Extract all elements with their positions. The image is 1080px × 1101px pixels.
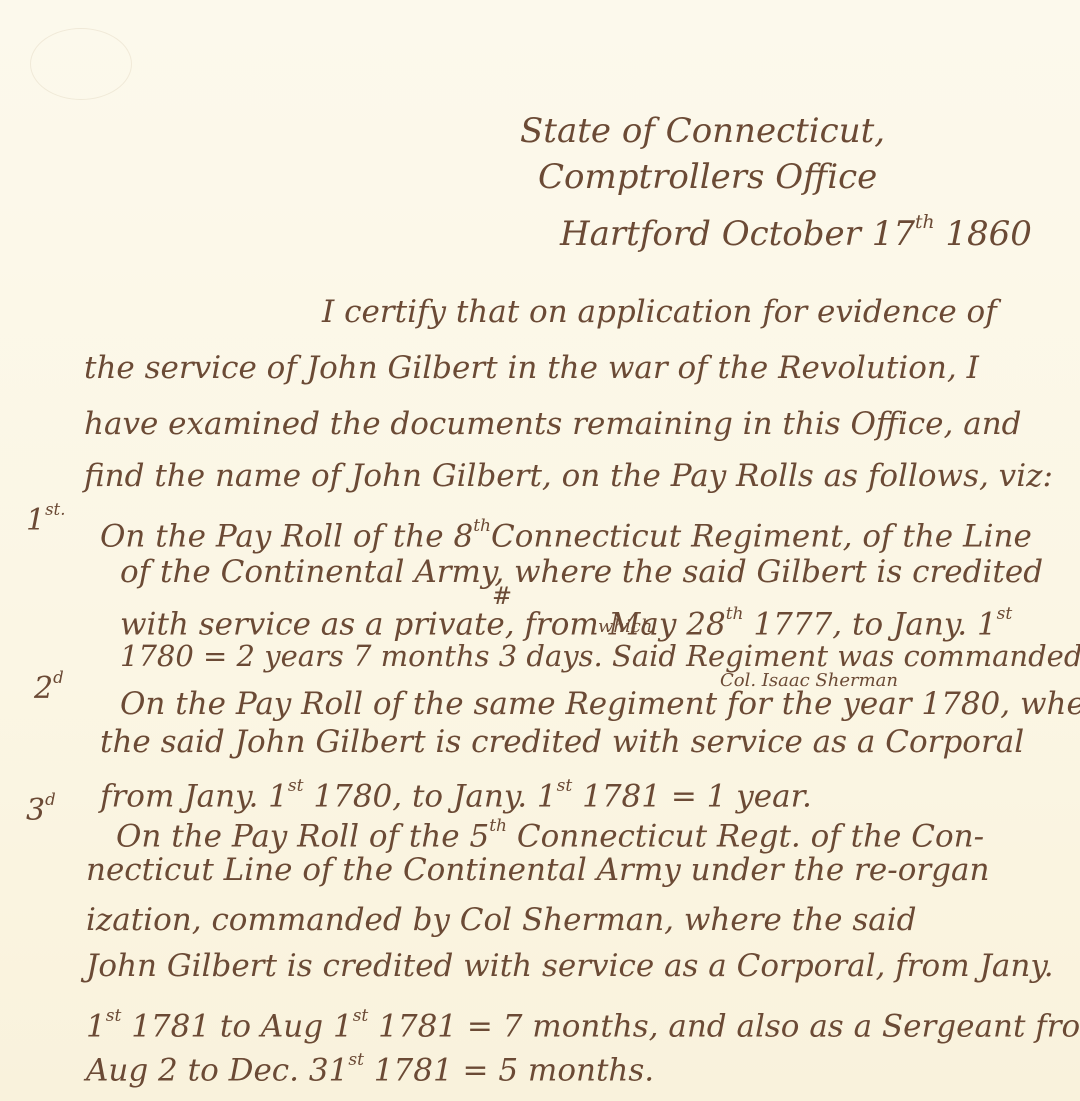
heading-state: State of Connecticut, (520, 108, 1032, 154)
margin-number-3: 3d (26, 790, 56, 828)
body-line-9: On the Pay Roll of the same Regiment for… (120, 684, 1080, 724)
body-line-5: On the Pay Roll of the 8thConnecticut Re… (100, 506, 1032, 556)
body-line-4: find the name of John Gilbert, on the Pa… (84, 456, 1053, 496)
embossed-seal (30, 28, 132, 100)
heading-place-date: Hartford October 17th 1860 (560, 200, 1032, 257)
interlinear-which: which (598, 616, 652, 637)
body-line-15: John Gilbert is credited with service as… (86, 946, 1054, 986)
body-line-12: On the Pay Roll of the 5th Connecticut R… (116, 806, 984, 856)
body-line-17: Aug 2 to Dec. 31st 1781 = 5 months. (86, 1040, 654, 1090)
seal-mark (43, 53, 51, 74)
body-line-14: ization, commanded by Col Sherman, where… (86, 900, 917, 940)
body-line-8: 1780 = 2 years 7 months 3 days. Said Reg… (120, 636, 1080, 676)
manuscript-page: State of Connecticut, Comptrollers Offic… (0, 0, 1080, 1101)
letter-heading: State of Connecticut, Comptrollers Offic… (520, 108, 1032, 257)
body-line-2: the service of John Gilbert in the war o… (84, 348, 979, 388)
body-line-16: 1st 1781 to Aug 1st 1781 = 7 months, and… (86, 996, 1080, 1046)
body-line-1: I certify that on application for eviden… (322, 292, 997, 332)
body-line-6: of the Continental Army, where the said … (120, 552, 1043, 592)
margin-number-1: 1st. (26, 500, 65, 538)
margin-number-2: 2d (34, 668, 64, 706)
heading-office: Comptrollers Office (538, 154, 1032, 200)
body-line-10: the said John Gilbert is credited with s… (100, 722, 1024, 762)
body-line-13: necticut Line of the Continental Army un… (86, 850, 989, 890)
body-line-3: have examined the documents remaining in… (84, 404, 1022, 444)
